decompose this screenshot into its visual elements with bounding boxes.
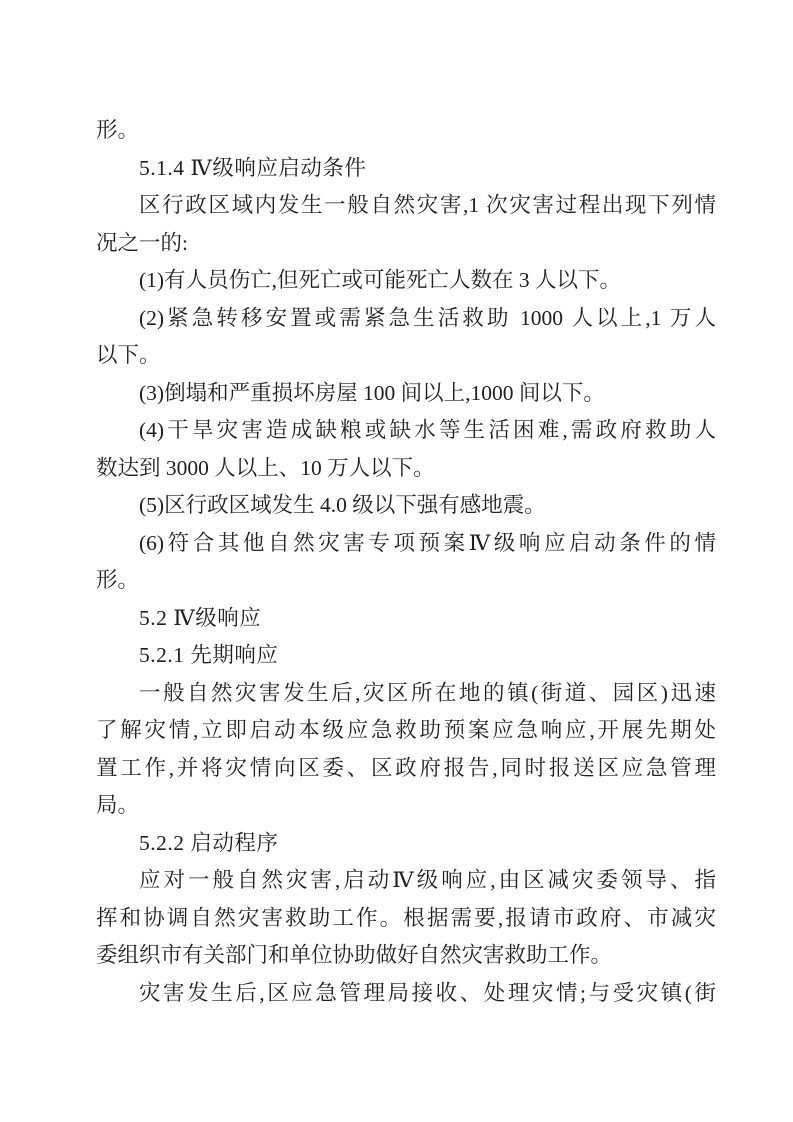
heading-5-2-1: 5.2.1 先期响应 <box>96 637 716 675</box>
text-line: 应对一般自然灾害,启动Ⅳ级响应,由区减灾委领导、指 <box>96 862 716 900</box>
text-line: 挥和协调自然灾害救助工作。根据需要,报请市政府、市减灾 <box>96 900 716 938</box>
text-line: 形。 <box>96 112 716 150</box>
list-item-6: (6)符合其他自然灾害专项预案Ⅳ级响应启动条件的情 <box>96 525 716 563</box>
text-line: 一般自然灾害发生后,灾区所在地的镇(街道、园区)迅速 <box>96 675 716 713</box>
heading-5-1-4: 5.1.4 Ⅳ级响应启动条件 <box>96 150 716 188</box>
text-line: 况之一的: <box>96 225 716 263</box>
heading-5-2-2: 5.2.2 启动程序 <box>96 825 716 863</box>
list-item-3: (3)倒塌和严重损坏房屋 100 间以上,1000 间以下。 <box>96 375 716 413</box>
text-line: 置工作,并将灾情向区委、区政府报告,同时报送区应急管理 <box>96 750 716 788</box>
text-line: 了解灾情,立即启动本级应急救助预案应急响应,开展先期处 <box>96 712 716 750</box>
heading-5-2: 5.2 Ⅳ级响应 <box>96 600 716 638</box>
list-item-4: (4)干旱灾害造成缺粮或缺水等生活困难,需政府救助人 <box>96 412 716 450</box>
list-item-1: (1)有人员伤亡,但死亡或可能死亡人数在 3 人以下。 <box>96 262 716 300</box>
document-page: 形。 5.1.4 Ⅳ级响应启动条件 区行政区域内发生一般自然灾害,1 次灾害过程… <box>0 0 793 1122</box>
list-item-2: (2)紧急转移安置或需紧急生活救助 1000 人以上,1 万人 <box>96 300 716 338</box>
list-item-5: (5)区行政区域发生 4.0 级以下强有感地震。 <box>96 487 716 525</box>
text-line: 局。 <box>96 787 716 825</box>
text-line: 形。 <box>96 562 716 600</box>
text-column: 形。 5.1.4 Ⅳ级响应启动条件 区行政区域内发生一般自然灾害,1 次灾害过程… <box>96 112 716 1012</box>
text-line: 以下。 <box>96 337 716 375</box>
text-line: 灾害发生后,区应急管理局接收、处理灾情;与受灾镇(街 <box>96 975 716 1013</box>
text-line: 委组织市有关部门和单位协助做好自然灾害救助工作。 <box>96 937 716 975</box>
text-line: 数达到 3000 人以上、10 万人以下。 <box>96 450 716 488</box>
text-line: 区行政区域内发生一般自然灾害,1 次灾害过程出现下列情 <box>96 187 716 225</box>
